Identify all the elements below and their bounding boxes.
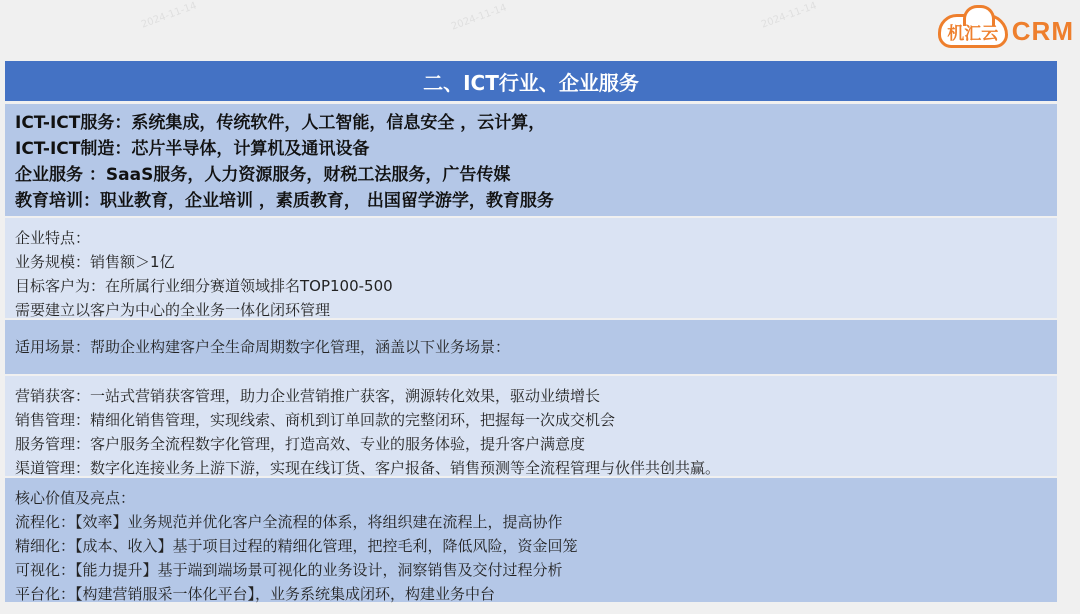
scenario-item: 销售管理：精细化销售管理，实现线索、商机到订单回款的完整闭环，把握每一次成交机会: [15, 408, 1047, 432]
cloud-logo-icon: 机汇云: [938, 14, 1008, 48]
industries-row: ICT-ICT服务：系统集成，传统软件，人工智能，信息安全 ，云计算， ICT-…: [5, 104, 1057, 216]
value-line: 平台化：【构建营销服采一体化平台】，业务系统集成闭环，构建业务中台: [15, 582, 1047, 606]
values-row: 核心价值及亮点： 流程化：【效率】业务规范并优化客户全流程的体系，将组织建在流程…: [5, 478, 1057, 602]
watermark: 2024-11-14: [140, 0, 198, 30]
feature-line: 需要建立以客户为中心的全业务一体化闭环管理: [15, 298, 1047, 322]
value-line: 精细化：【成本、收入】基于项目过程的精细化管理，把控毛利，降低风险，资金回笼: [15, 534, 1047, 558]
section-title: 二、ICT行业、企业服务: [5, 61, 1057, 101]
watermark: 2024-11-14: [450, 2, 508, 32]
feature-line: 业务规模：销售额＞1亿: [15, 250, 1047, 274]
scenario-row: 适用场景：帮助企业构建客户全生命周期数字化管理，涵盖以下业务场景：: [5, 320, 1057, 374]
value-line: 核心价值及亮点：: [15, 486, 1047, 510]
industry-line: 教育培训：职业教育，企业培训 ，素质教育， 出国留学游学，教育服务: [15, 188, 1047, 214]
feature-line: 企业特点：: [15, 226, 1047, 250]
brand-name: CRM: [1012, 16, 1074, 47]
features-row: 企业特点： 业务规模：销售额＞1亿 目标客户为：在所属行业细分赛道领域排名TOP…: [5, 218, 1057, 318]
value-line: 可视化：【能力提升】基于端到端场景可视化的业务设计，洞察销售及交付过程分析: [15, 558, 1047, 582]
scenario-item: 服务管理：客户服务全流程数字化管理，打造高效、专业的服务体验，提升客户满意度: [15, 432, 1047, 456]
watermark: 2024-11-14: [760, 0, 818, 30]
feature-line: 目标客户为：在所属行业细分赛道领域排名TOP100-500: [15, 274, 1047, 298]
content-table: 二、ICT行业、企业服务 ICT-ICT服务：系统集成，传统软件，人工智能，信息…: [5, 61, 1057, 604]
scenario-item: 营销获客：一站式营销获客管理，助力企业营销推广获客，溯源转化效果，驱动业绩增长: [15, 384, 1047, 408]
industry-line: 企业服务 ：SaaS服务，人力资源服务，财税工法服务，广告传媒: [15, 162, 1047, 188]
industry-line: ICT-ICT服务：系统集成，传统软件，人工智能，信息安全 ，云计算，: [15, 110, 1047, 136]
scenarios-row: 营销获客：一站式营销获客管理，助力企业营销推广获客，溯源转化效果，驱动业绩增长 …: [5, 376, 1057, 476]
value-line: 流程化：【效率】业务规范并优化客户全流程的体系，将组织建在流程上，提高协作: [15, 510, 1047, 534]
industry-line: ICT-ICT制造：芯片半导体，计算机及通讯设备: [15, 136, 1047, 162]
scenario-line: 适用场景：帮助企业构建客户全生命周期数字化管理，涵盖以下业务场景：: [15, 335, 510, 359]
brand-logo: 机汇云 CRM: [938, 14, 1074, 48]
scenario-item: 渠道管理：数字化连接业务上游下游，实现在线订货、客户报备、销售预测等全流程管理与…: [15, 456, 1047, 480]
